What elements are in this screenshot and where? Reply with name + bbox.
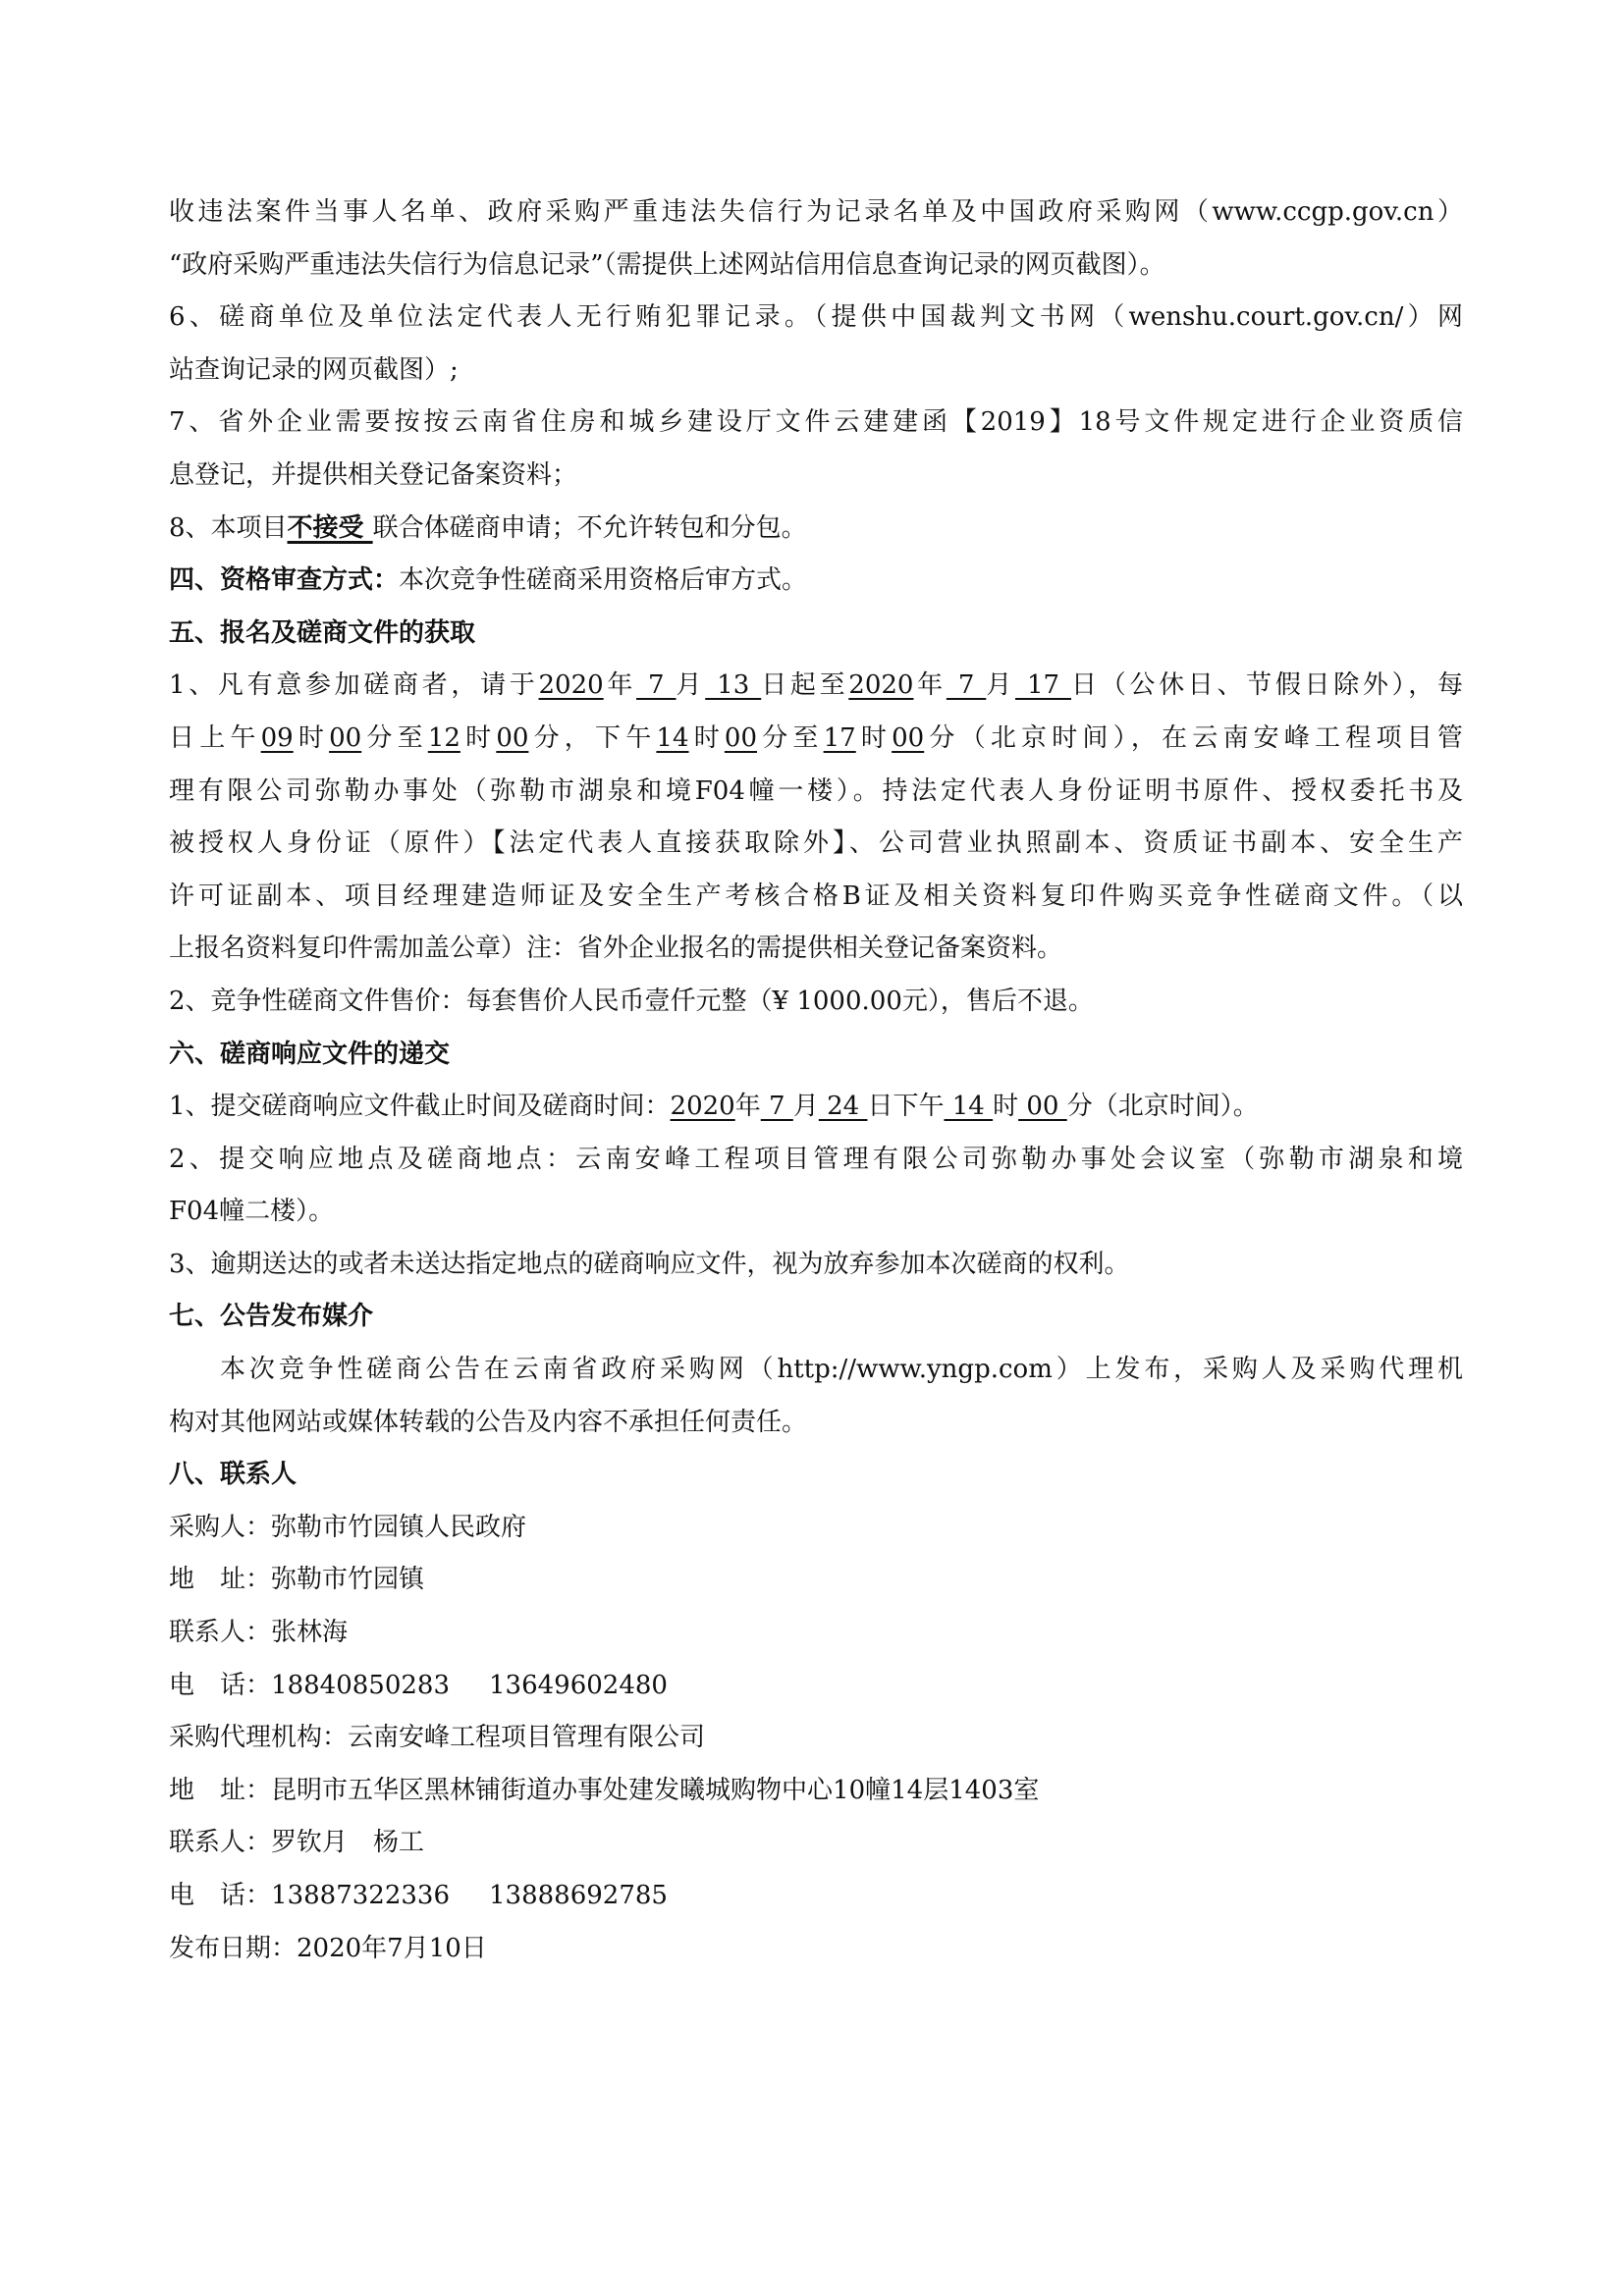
purchaser-row: 采购人：弥勒市竹园镇人民政府 — [169, 1502, 1463, 1555]
section-7-heading: 七、公告发布媒介 — [169, 1291, 1463, 1344]
agency-phone-1: 13887322336 — [271, 1881, 450, 1910]
text: 分（北京时间），在云南安峰工程项目管 — [924, 723, 1463, 753]
text: 月 — [677, 670, 706, 700]
item-7-line-1: 7、省外企业需要按按云南省住房和城乡建设厅文件云建建函【2019】18号文件规定… — [169, 397, 1463, 450]
publish-label: 发布日期： — [169, 1934, 297, 1963]
phone-label: 电 — [169, 1881, 194, 1910]
deadline-year: 2020 — [671, 1092, 735, 1121]
agency-phone-row: 电话：1388732233613888692785 — [169, 1870, 1463, 1923]
address-label: 址： — [220, 1776, 271, 1805]
item-8-emphasis: 不接受 — [288, 513, 373, 543]
agency-contact-2: 杨工 — [373, 1828, 424, 1857]
agency-address-row: 地址：昆明市五华区黑林铺街道办事处建发曦城购物中心10幢14层1403室 — [169, 1765, 1463, 1818]
text: 日上午 — [169, 723, 261, 753]
section-5-item-1-line-4: 被授权人身份证（原件）【法定代表人直接获取除外】、公司营业执照副本、资质证书副本… — [169, 818, 1463, 871]
am-end-hour: 12 — [428, 723, 460, 753]
purchaser-address: 弥勒市竹园镇 — [271, 1565, 424, 1594]
phone-label: 话： — [220, 1881, 271, 1910]
text: 时 — [294, 723, 329, 753]
section-6-item-1: 1、提交磋商响应文件截止时间及磋商时间：2020年 7 月 24 日下午 14 … — [169, 1081, 1463, 1134]
section-6-item-2-line-2: F04幢二楼）。 — [169, 1186, 1463, 1239]
section-5-heading: 五、报名及磋商文件的获取 — [169, 608, 1463, 661]
end-year: 2020 — [848, 670, 913, 700]
text: 1、提交磋商响应文件截止时间及磋商时间： — [169, 1092, 671, 1121]
start-day: 13 — [705, 670, 761, 700]
purchaser-phone-row: 电话：1884085028313649602480 — [169, 1660, 1463, 1713]
text: 分至 — [361, 723, 428, 753]
agency-contact-1: 罗钦月 — [271, 1828, 348, 1857]
text: 月 — [793, 1092, 819, 1121]
am-end-minute: 00 — [496, 723, 528, 753]
end-day: 17 — [1015, 670, 1071, 700]
item-7-line-2: 息登记，并提供相关登记备案资料； — [169, 450, 1463, 503]
section-8-heading: 八、联系人 — [169, 1449, 1463, 1502]
section-7-line-2: 构对其他网站或媒体转载的公告及内容不承担任何责任。 — [169, 1397, 1463, 1450]
section-5-item-1-line-5: 许可证副本、项目经理建造师证及安全生产考核合格B证及相关资料复印件购买竞争性磋商… — [169, 871, 1463, 924]
item-6-line-1: 6、磋商单位及单位法定代表人无行贿犯罪记录。（提供中国裁判文书网（wenshu.… — [169, 292, 1463, 345]
section-6-item-3: 3、逾期送达的或者未送达指定地点的磋商响应文件，视为放弃参加本次磋商的权利。 — [169, 1239, 1463, 1292]
am-start-hour: 09 — [261, 723, 294, 753]
pm-end-minute: 00 — [892, 723, 924, 753]
text: 日下午 — [867, 1092, 944, 1121]
publish-date-row: 发布日期：2020年7月10日 — [169, 1923, 1463, 1976]
section-5-item-1-line-2: 日上午09时00分至12时00分，下午14时00分至17时00分（北京时间），在… — [169, 713, 1463, 766]
purchaser-contact-row: 联系人：张林海 — [169, 1607, 1463, 1660]
section-5-item-1-line-6: 上报名资料复印件需加盖公章）注：省外企业报名的需提供相关登记备案资料。 — [169, 923, 1463, 976]
deadline-day: 24 — [819, 1092, 868, 1121]
section-7-line-1: 本次竞争性磋商公告在云南省政府采购网（http://www.yngp.com）上… — [169, 1344, 1463, 1397]
section-4: 四、资格审查方式：本次竞争性磋商采用资格后审方式。 — [169, 555, 1463, 608]
agency-address: 昆明市五华区黑林铺街道办事处建发曦城购物中心10幢14层1403室 — [271, 1776, 1039, 1805]
pm-start-hour: 14 — [656, 723, 688, 753]
text: 月 — [986, 670, 1015, 700]
contact-label: 联系人： — [169, 1828, 271, 1857]
section-5-item-2: 2、竞争性磋商文件售价：每套售价人民币壹仟元整（¥ 1000.00元），售后不退… — [169, 976, 1463, 1029]
phone-label: 电 — [169, 1671, 194, 1700]
purchaser-label: 采购人： — [169, 1513, 271, 1542]
item-8-prefix: 8、本项目 — [169, 513, 288, 543]
agency-name: 云南安峰工程项目管理有限公司 — [348, 1723, 705, 1752]
address-label: 地 — [169, 1776, 194, 1805]
section-5-item-1-line-1: 1、凡有意参加磋商者，请于2020年 7 月 13 日起至2020年 7 月 1… — [169, 660, 1463, 713]
agency-contact-row: 联系人：罗钦月杨工 — [169, 1817, 1463, 1870]
text: 时 — [689, 723, 725, 753]
deadline-hour: 14 — [944, 1092, 993, 1121]
purchaser-phone-2: 13649602480 — [489, 1671, 668, 1700]
pm-end-hour: 17 — [824, 723, 856, 753]
purchaser-address-row: 地址：弥勒市竹园镇 — [169, 1554, 1463, 1607]
text: 1、凡有意参加磋商者，请于 — [169, 670, 539, 700]
purchaser-phone-1: 18840850283 — [271, 1671, 450, 1700]
text: 年 — [604, 670, 636, 700]
agency-phone-2: 13888692785 — [489, 1881, 668, 1910]
purchaser-contact: 张林海 — [271, 1618, 348, 1647]
deadline-minute: 00 — [1018, 1092, 1067, 1121]
phone-label: 话： — [220, 1671, 271, 1700]
address-label: 址： — [220, 1565, 271, 1594]
start-month: 7 — [636, 670, 676, 700]
text: 分，下午 — [528, 723, 656, 753]
item-8-suffix: 联合体磋商申请；不允许转包和分包。 — [373, 513, 807, 543]
start-year: 2020 — [539, 670, 604, 700]
contact-label: 联系人： — [169, 1618, 271, 1647]
text: 年 — [913, 670, 946, 700]
continuation-line-2: “政府采购严重违法失信行为信息记录”（需提供上述网站信用信息查询记录的网页截图）… — [169, 240, 1463, 293]
pm-start-minute: 00 — [725, 723, 757, 753]
item-6-line-2: 站查询记录的网页截图）; — [169, 345, 1463, 398]
section-6-item-2-line-1: 2、提交响应地点及磋商地点：云南安峰工程项目管理有限公司弥勒办事处会议室（弥勒市… — [169, 1134, 1463, 1187]
section-5-item-1-line-3: 理有限公司弥勒办事处（弥勒市湖泉和境F04幢一楼）。持法定代表人身份证明书原件、… — [169, 766, 1463, 819]
end-month: 7 — [947, 670, 986, 700]
deadline-month: 7 — [761, 1092, 793, 1121]
text: 年 — [735, 1092, 761, 1121]
text: 分至 — [757, 723, 824, 753]
text: 分（北京时间）。 — [1067, 1092, 1259, 1121]
publish-date: 2020年7月10日 — [297, 1934, 487, 1963]
agency-label: 采购代理机构： — [169, 1723, 348, 1752]
text: 时 — [993, 1092, 1018, 1121]
item-8: 8、本项目不接受 联合体磋商申请；不允许转包和分包。 — [169, 503, 1463, 556]
text: 日（公休日、节假日除外），每 — [1071, 670, 1463, 700]
section-4-heading: 四、资格审查方式： — [169, 565, 399, 595]
agency-row: 采购代理机构：云南安峰工程项目管理有限公司 — [169, 1712, 1463, 1765]
purchaser-name: 弥勒市竹园镇人民政府 — [271, 1513, 526, 1542]
section-4-text: 本次竞争性磋商采用资格后审方式。 — [399, 565, 807, 595]
text: 时 — [856, 723, 892, 753]
continuation-line-1: 收违法案件当事人名单、政府采购严重违法失信行为记录名单及中国政府采购网（www.… — [169, 187, 1463, 240]
am-start-minute: 00 — [329, 723, 361, 753]
text: 日起至 — [761, 670, 848, 700]
address-label: 地 — [169, 1565, 194, 1594]
text: 时 — [460, 723, 496, 753]
document-page: 收违法案件当事人名单、政府采购严重违法失信行为记录名单及中国政府采购网（www.… — [169, 187, 1463, 1975]
section-6-heading: 六、磋商响应文件的递交 — [169, 1029, 1463, 1082]
